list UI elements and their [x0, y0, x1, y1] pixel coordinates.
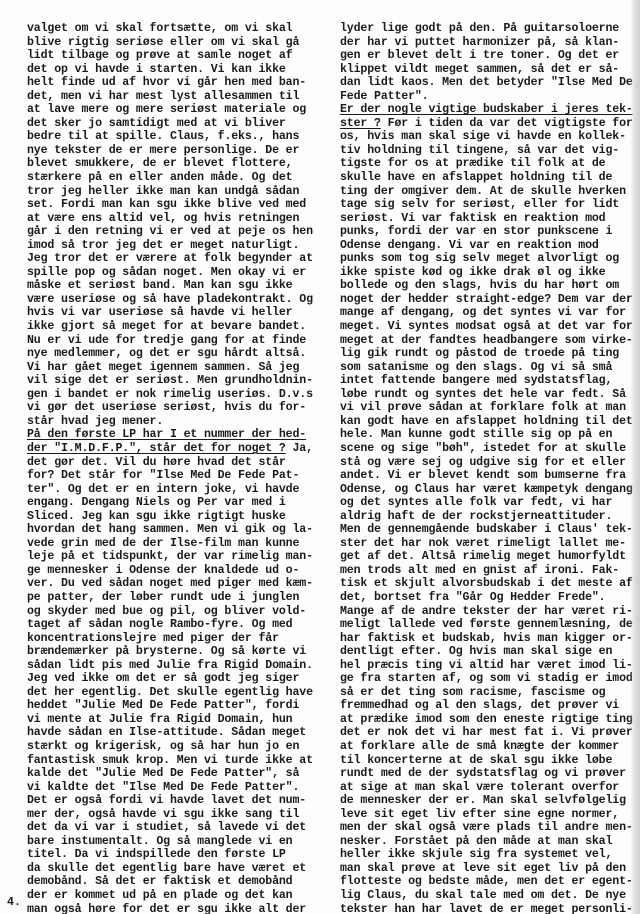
text-line: til koncerterne at de skal sgu ikke løbe [340, 754, 633, 768]
text-line: titel. Da vi indspillede den første LP [27, 848, 313, 862]
answer-text: seriøst. Vi var faktisk en reaktion mod [340, 212, 606, 225]
text-line: så er det ting som racisme, fascisme og [340, 686, 633, 700]
text-line: lig Claus, du skal tale med om det. De n… [340, 889, 633, 903]
answer-text: scene og sige "bøh", istedet for at skul… [340, 442, 626, 455]
text-line: get af det. Altså rimelig meget humorfyl… [340, 550, 633, 564]
answer-text: demobånd. Så det er faktisk et demobånd [27, 875, 293, 888]
answer-text: at forklare alle de små knægte der komme… [340, 740, 619, 753]
text-line: meget at der fandtes headbangere som vir… [340, 334, 633, 348]
text-line: fremmedhad og al den slags, det prøver v… [340, 699, 633, 713]
answer-text: det gør det. Vil du høre hvad det står [27, 456, 286, 469]
answer-text: kalde det "Julie Med De Fede Patter", så [27, 767, 299, 780]
answer-text: fremmedhad og al den slags, det prøver v… [340, 699, 619, 712]
answer-text: meget. Vi syntes modsat også at det var … [340, 320, 633, 333]
answer-text: mer der, også havde vi sgu ikke sang til [27, 808, 299, 821]
text-line: hvis vi var useriøse så havde vi heller [27, 306, 313, 320]
text-line: ge fra starten af, og som vi stadig er i… [340, 672, 633, 686]
text-column-right: lyder lige godt på den. På guitarsoloern… [340, 22, 633, 914]
answer-text: imod så tror jeg det er meget naturligt. [27, 239, 299, 252]
answer-text: går i den retning vi er ved at peje os h… [27, 225, 313, 238]
answer-text: men der skal også være plads til andre m… [340, 821, 633, 834]
answer-text: stå og være sej og udgive sig for et ell… [340, 456, 626, 469]
answer-text: tror jeg heller ikke man kan undgå sådan [27, 185, 299, 198]
text-line: ster det har nok været rimeligt lallet m… [340, 537, 633, 551]
answer-text: det her egentlig. Det skulle egentlig ha… [27, 686, 313, 699]
text-line: Odense dengang. Vi var en reaktion mod [340, 239, 633, 253]
text-line: rundt med de der sydstatsflag og vi prøv… [340, 767, 633, 781]
text-line: blevet smukkere, de er blevet flottere, [27, 157, 313, 171]
text-line: Jeg ved ikke om det er så godt jeg siger [27, 672, 313, 686]
text-line: dentligt efter. Og hvis man skal sige en [340, 645, 633, 659]
answer-text: hel præcis ting vi altid har været imod … [340, 659, 633, 672]
text-line: Det er også fordi vi havde lavet det num… [27, 794, 313, 808]
text-line: tisk et skjult alvorsbudskab i det meste… [340, 577, 633, 591]
text-line: løbe rundt og syntes det hele var fedt. … [340, 388, 633, 402]
answer-text: valget om vi skal fortsætte, om vi skal [27, 22, 293, 35]
answer-text: der er kommet ud på en plade og det kan [27, 889, 293, 902]
answer-text: Før i tiden da var det vigtigste for [381, 117, 633, 130]
text-line: leve sit eget liv efter sine egne normer… [340, 808, 633, 822]
text-line: Mange af de andre tekster der har været … [340, 605, 633, 619]
answer-text: skulle have en afslappet holdning til de [340, 171, 612, 184]
answer-text: kan godt have en afslappet holdning til … [340, 415, 633, 428]
text-line: ter". Og det er en intern joke, vi havde [27, 483, 313, 497]
answer-text: hvordan det hang sammen. Men vi gik og l… [27, 523, 313, 536]
text-line: har faktisk et budskab, hvis man kigger … [340, 632, 633, 646]
text-line: vede grin med de der Ilse-film man kunne [27, 537, 313, 551]
answer-text: klippet vildt meget sammen, så det er så… [340, 63, 619, 76]
answer-text: engang. Dengang Niels og Per var med i [27, 496, 286, 509]
answer-text: Vi har gået meget igennem sammen. Så jeg [27, 361, 299, 374]
answer-text: det da vi var i studiet, så lavede vi de… [27, 821, 306, 834]
answer-text: ge mennesker i Odense der knaldede ud o- [27, 564, 299, 577]
text-line: de mennesker der er. Man skal selvfølgel… [340, 794, 633, 808]
text-line: man skal prøve at leve sit eget liv på d… [340, 862, 633, 876]
text-line: noget der hedder straight-edge? Dem var … [340, 293, 633, 307]
document-page: valget om vi skal fortsætte, om vi skalb… [0, 0, 640, 914]
answer-text: helt finde ud af hvor vi går hen med ban… [27, 76, 306, 89]
scan-edge-shadow [630, 0, 640, 914]
text-line: men trods alt med en gnist af ironi. Fak… [340, 564, 633, 578]
text-line: at lave mere og mere seriøst materiale o… [27, 103, 313, 117]
text-line: Nu er vi ude for tredje gang for at find… [27, 334, 313, 348]
text-line: stærkt og krigerisk, og så har hun jo en [27, 740, 313, 754]
answer-text: Ja, [286, 442, 313, 455]
answer-text: leve sit eget liv efter sine egne normer… [340, 808, 619, 821]
text-line: aldrig haft de der rockstjerneattituder. [340, 510, 633, 524]
answer-text: at lave mere og mere seriøst materiale o… [27, 103, 306, 116]
text-line: heddet "Julie Med De Fede Patter", fordi [27, 699, 313, 713]
answer-text: hele. Man kunne godt stille sig op på en [340, 428, 612, 441]
answer-text: Fede Patter". [340, 90, 429, 103]
answer-text: ver. Du ved sådan noget med piger med kæ… [27, 577, 313, 590]
text-line: stærkere på en eller anden måde. Og det [27, 171, 313, 185]
answer-text: spille pop og sådan noget. Men okay vi e… [27, 266, 306, 279]
text-line: da skulle det egentlig bare have været e… [27, 862, 313, 876]
text-line: ikke spiste kød og ikke drak øl og ikke [340, 266, 633, 280]
text-line: set. Fordi man kan sgu ikke blive ved me… [27, 198, 313, 212]
text-line: taget af sådan nogle Rambo-fyre. Og med [27, 618, 313, 632]
answer-text: Odense, og Claus har været kæmpetyk deng… [340, 483, 633, 496]
text-line: måske et seriøst band. Man kan sgu ikke [27, 279, 313, 293]
text-line: står hvad jeg mener. [27, 415, 313, 429]
answer-text: bare instumentalt. Og så manglede vi en [27, 835, 293, 848]
text-line: bedre til at spille. Claus, f.eks., hans [27, 130, 313, 144]
text-line: at være ens altid vel, og hvis retningen [27, 212, 313, 226]
text-line: Sliced. Jeg kan sgu ikke rigtigt huske [27, 510, 313, 524]
answer-text: for? Det står for "Ilse Med De Fede Pat- [27, 469, 299, 482]
text-line: at prædike imod som den eneste rigtige t… [340, 713, 633, 727]
interview-question-text: Er der nogle vigtige budskaber i jeres t… [340, 103, 633, 116]
answer-text: Men de gennemgående budskaber i Claus' t… [340, 523, 633, 536]
text-line: at forklare alle de små knægte der komme… [340, 740, 633, 754]
text-line: brændemærker på brysterne. Og så kørte v… [27, 645, 313, 659]
answer-text: ge fra starten af, og som vi stadig er i… [340, 672, 633, 685]
text-line: men der skal også være plads til andre m… [340, 821, 633, 835]
text-line: demobånd. Så det er faktisk et demobånd [27, 875, 313, 889]
text-line: Fede Patter". [340, 90, 633, 104]
text-line: ver. Du ved sådan noget med piger med kæ… [27, 577, 313, 591]
text-line: går i den retning vi er ved at peje os h… [27, 225, 313, 239]
answer-text: ster det har nok været rimeligt lallet m… [340, 537, 626, 550]
answer-text: ting der omgiver dem. At de skulle hverk… [340, 185, 626, 198]
text-line: spille pop og sådan noget. Men okay vi e… [27, 266, 313, 280]
question-line: ster ? Før i tiden da var det vigtigste … [340, 117, 633, 131]
answer-text: ter". Og det er en intern joke, vi havde [27, 483, 299, 496]
text-line: tekster han har lavet de er meget person… [340, 903, 633, 914]
interview-question-text: På den første LP har I et nummer der hed… [27, 428, 306, 441]
text-line: og det syntes alle folk var fedt, vi har [340, 496, 633, 510]
text-line: lyder lige godt på den. På guitarsoloern… [340, 22, 633, 36]
answer-text: noget der hedder straight-edge? Dem var … [340, 293, 633, 306]
answer-text: det op vi havde i starten. Vi kan ikke [27, 63, 286, 76]
answer-text: står hvad jeg mener. [27, 415, 163, 428]
answer-text: tekster han har lavet de er meget person… [340, 903, 633, 914]
answer-text: vi gør det useriøse seriøst, hvis du for… [27, 401, 306, 414]
answer-text: Jeg tror det er værere at folk begynder … [27, 252, 313, 265]
answer-text: flotteste og bedste måde, men det er ege… [340, 875, 633, 888]
text-line: andet. Vi er blevet kendt som bumserne f… [340, 469, 633, 483]
answer-text: og skyder med bue og pil, og bliver vold… [27, 605, 306, 618]
text-line: nesker. Forstået på den måde at man skal [340, 835, 633, 849]
answer-text: bedre til at spille. Claus, f.eks., hans [27, 130, 299, 143]
text-line: flotteste og bedste måde, men det er ege… [340, 875, 633, 889]
text-line: dan lidt kaos. Men det betyder "Ilse Med… [340, 76, 633, 90]
answer-text: lig Claus, du skal tale med om det. De n… [340, 889, 626, 902]
answer-text: koncentrationslejre med piger der får [27, 632, 279, 645]
text-line: intet fattende bangere med sydstatsflag, [340, 374, 633, 388]
answer-text: at være ens altid vel, og hvis retningen [27, 212, 299, 225]
answer-text: Nu er vi ude for tredje gang for at find… [27, 334, 306, 347]
text-line: vi gør det useriøse seriøst, hvis du for… [27, 401, 313, 415]
answer-text: der har vi puttet harmonizer på, så klan… [340, 36, 619, 49]
text-line: det op vi havde i starten. Vi kan ikke [27, 63, 313, 77]
answer-text: lidt tilbage og prøve at samle noget af [27, 49, 293, 62]
answer-text: vi kaldte det "Ilse Med De Fede Patter". [27, 781, 299, 794]
answer-text: måske et seriøst band. Man kan sgu ikke [27, 279, 293, 292]
answer-text: set. Fordi man kan sgu ikke blive ved me… [27, 198, 306, 211]
interview-question-text: ster ? [340, 117, 381, 130]
text-line: imod så tror jeg det er meget naturligt. [27, 239, 313, 253]
answer-text: titel. Da vi indspillede den første LP [27, 848, 286, 861]
text-line: det, men vi har mest lyst allesammen til [27, 90, 313, 104]
answer-text: lyder lige godt på den. På guitarsoloern… [340, 22, 619, 35]
answer-text: tisk et skjult alvorsbudskab i det meste… [340, 577, 633, 590]
answer-text: taget af sådan nogle Rambo-fyre. Og med [27, 618, 293, 631]
interview-question-text: der "I.M.D.F.P.", står det for noget ? [27, 442, 286, 455]
answer-text: Det er også fordi vi havde lavet det num… [27, 794, 306, 807]
text-line: sådan lidt pis med Julie fra Rigid Domai… [27, 659, 313, 673]
text-line: Odense, og Claus har været kæmpetyk deng… [340, 483, 633, 497]
text-line: klippet vildt meget sammen, så det er så… [340, 63, 633, 77]
text-line: kan godt have en afslappet holdning til … [340, 415, 633, 429]
answer-text: pe patter, der løber rundt ude i junglen [27, 591, 299, 604]
text-line: det gør det. Vil du høre hvad det står [27, 456, 313, 470]
text-line: hele. Man kunne godt stille sig op på en [340, 428, 633, 442]
answer-text: Sliced. Jeg kan sgu ikke rigtigt huske [27, 510, 286, 523]
answer-text: man også høre for det er sgu ikke alt de… [27, 903, 306, 914]
answer-text: til koncerterne at de skal sgu ikke løbe [340, 754, 612, 767]
text-line: havde sådan en Ilse-attitude. Sådan mege… [27, 726, 313, 740]
answer-text: andet. Vi er blevet kendt som bumserne f… [340, 469, 626, 482]
text-line: som satanisme og den slags. Og vi så små [340, 361, 633, 375]
text-line: tror jeg heller ikke man kan undgå sådan [27, 185, 313, 199]
answer-text: leje på et tidspunkt, der var rimelig ma… [27, 550, 313, 563]
text-line: det, bortset fra "Går Og Hedder Frede". [340, 591, 633, 605]
answer-text: brændemærker på brysterne. Og så kørte v… [27, 645, 306, 658]
answer-text: tage sig selv for seriøst, eller for lid… [340, 198, 619, 211]
text-line: meligt lallede ved første gennemlæsning,… [340, 618, 633, 632]
answer-text: vi vil prøve sådan at forklare folk at m… [340, 401, 626, 414]
text-line: det da vi var i studiet, så lavede vi de… [27, 821, 313, 835]
answer-text: Jeg ved ikke om det er så godt jeg siger [27, 672, 299, 685]
text-line: mer der, også havde vi sgu ikke sang til [27, 808, 313, 822]
text-line: det sker jo samtidigt med at vi bliver [27, 117, 313, 131]
text-line: det er nok det vi har mest fat i. Vi prø… [340, 726, 633, 740]
text-line: skulle have en afslappet holdning til de [340, 171, 633, 185]
text-line: punks, fordi der var en stor punkscene i [340, 225, 633, 239]
text-line: nye tekster de er mere personlige. De er [27, 144, 313, 158]
answer-text: ikke gjort så meget for at bevare bandet… [27, 320, 306, 333]
answer-text: ikke spiste kød og ikke drak øl og ikke [340, 266, 606, 279]
answer-text: intet fattende bangere med sydstatsflag, [340, 374, 612, 387]
question-line: På den første LP har I et nummer der hed… [27, 428, 313, 442]
text-line: lig gik rundt og påstod de troede på tin… [340, 347, 633, 361]
text-line: koncentrationslejre med piger der får [27, 632, 313, 646]
text-line: ge mennesker i Odense der knaldede ud o- [27, 564, 313, 578]
text-line: gen i bandet er nok rimelig useriøs. D.v… [27, 388, 313, 402]
answer-text: det er nok det vi har mest fat i. Vi prø… [340, 726, 633, 739]
answer-text: fantastisk smuk krop. Men vi turde ikke … [27, 754, 313, 767]
answer-text: og det syntes alle folk var fedt, vi har [340, 496, 612, 509]
text-line: der er kommet ud på en plade og det kan [27, 889, 313, 903]
text-line: nye medlemmer, og det er sgu hårdt altså… [27, 347, 313, 361]
answer-text: blevet smukkere, de er blevet flottere, [27, 157, 293, 170]
answer-text: så er det ting som racisme, fascisme og [340, 686, 606, 699]
answer-text: stærkere på en eller anden måde. Og det [27, 171, 293, 184]
text-line: Vi har gået meget igennem sammen. Så jeg [27, 361, 313, 375]
text-line: hvordan det hang sammen. Men vi gik og l… [27, 523, 313, 537]
text-line: mange af dengang, og det syntes vi var f… [340, 306, 633, 320]
text-line: kalde det "Julie Med De Fede Patter", så [27, 767, 313, 781]
answer-text: da skulle det egentlig bare have været e… [27, 862, 306, 875]
text-line: punks som tog sig selv meget alvorligt o… [340, 252, 633, 266]
answer-text: punks som tog sig selv meget alvorligt o… [340, 252, 619, 265]
text-line: helt finde ud af hvor vi går hen med ban… [27, 76, 313, 90]
text-line: vi mente at Julie fra Rigid Domain, hun [27, 713, 313, 727]
text-line: tage sig selv for seriøst, eller for lid… [340, 198, 633, 212]
text-line: fantastisk smuk krop. Men vi turde ikke … [27, 754, 313, 768]
text-line: seriøst. Vi var faktisk en reaktion mod [340, 212, 633, 226]
answer-text: de mennesker der er. Man skal selvfølgel… [340, 794, 626, 807]
text-line: vi vil prøve sådan at forklare folk at m… [340, 401, 633, 415]
answer-text: blive rigtig seriøse eller om vi skal gå [27, 36, 299, 49]
text-line: og skyder med bue og pil, og bliver vold… [27, 605, 313, 619]
page-number: 4. [7, 896, 21, 909]
answer-text: gen er blevet delt i tre toner. Og det e… [340, 49, 619, 62]
answer-text: vil sige det er seriøst. Men grundholdni… [27, 374, 313, 387]
text-line: Men de gennemgående budskaber i Claus' t… [340, 523, 633, 537]
answer-text: punks, fordi der var en stor punkscene i [340, 225, 612, 238]
text-line: være useriøse og så have pladekontrakt. … [27, 293, 313, 307]
text-line: tiv holdning til tingene, så var det vig… [340, 144, 633, 158]
question-line: der "I.M.D.F.P.", står det for noget ? J… [27, 442, 313, 456]
answer-text: Odense dengang. Vi var en reaktion mod [340, 239, 599, 252]
answer-text: Mange af de andre tekster der har været … [340, 605, 633, 618]
text-line: vi kaldte det "Ilse Med De Fede Patter". [27, 781, 313, 795]
text-line: heller ikke skjule sig fra systemet vel, [340, 848, 633, 862]
text-line: leje på et tidspunkt, der var rimelig ma… [27, 550, 313, 564]
answer-text: løbe rundt og syntes det hele var fedt. … [340, 388, 626, 401]
text-line: blive rigtig seriøse eller om vi skal gå [27, 36, 313, 50]
text-line: stå og være sej og udgive sig for et ell… [340, 456, 633, 470]
answer-text: rundt med de der sydstatsflag og vi prøv… [340, 767, 626, 780]
answer-text: havde sådan en Ilse-attitude. Sådan mege… [27, 726, 306, 739]
answer-text: os, hvis man skal sige vi havde en kolle… [340, 130, 626, 143]
text-line: valget om vi skal fortsætte, om vi skal [27, 22, 313, 36]
answer-text: meligt lallede ved første gennemlæsning,… [340, 618, 633, 631]
text-line: engang. Dengang Niels og Per var med i [27, 496, 313, 510]
answer-text: lig gik rundt og påstod de troede på tin… [340, 347, 619, 360]
text-line: bare instumentalt. Og så manglede vi en [27, 835, 313, 849]
text-column-left: valget om vi skal fortsætte, om vi skalb… [27, 22, 313, 914]
answer-text: heller ikke skjule sig fra systemet vel, [340, 848, 612, 861]
answer-text: heddet "Julie Med De Fede Patter", fordi [27, 699, 299, 712]
text-line: for? Det står for "Ilse Med De Fede Pat- [27, 469, 313, 483]
answer-text: vi mente at Julie fra Rigid Domain, hun [27, 713, 293, 726]
text-line: at sige at man skal være tolerant overfo… [340, 781, 633, 795]
answer-text: hvis vi var useriøse så havde vi heller [27, 306, 293, 319]
answer-text: men trods alt med en gnist af ironi. Fak… [340, 564, 619, 577]
text-line: man også høre for det er sgu ikke alt de… [27, 903, 313, 914]
text-line: pe patter, der løber rundt ude i junglen [27, 591, 313, 605]
question-line: Er der nogle vigtige budskaber i jeres t… [340, 103, 633, 117]
answer-text: bollede og den slags, hvis du har hørt o… [340, 279, 619, 292]
text-line: der har vi puttet harmonizer på, så klan… [340, 36, 633, 50]
answer-text: vede grin med de der Ilse-film man kunne [27, 537, 299, 550]
answer-text: nye tekster de er mere personlige. De er [27, 144, 299, 157]
text-line: bollede og den slags, hvis du har hørt o… [340, 279, 633, 293]
text-line: tigste for os at prædike til folk at de [340, 157, 633, 171]
answer-text: at prædike imod som den eneste rigtige t… [340, 713, 633, 726]
answer-text: det sker jo samtidigt med at vi bliver [27, 117, 286, 130]
answer-text: være useriøse og så have pladekontrakt. … [27, 293, 313, 306]
answer-text: det, bortset fra "Går Og Hedder Frede". [340, 591, 606, 604]
text-line: vil sige det er seriøst. Men grundholdni… [27, 374, 313, 388]
answer-text: dan lidt kaos. Men det betyder "Ilse Med… [340, 76, 633, 89]
text-line: lidt tilbage og prøve at samle noget af [27, 49, 313, 63]
answer-text: det, men vi har mest lyst allesammen til [27, 90, 299, 103]
answer-text: at sige at man skal være tolerant overfo… [340, 781, 619, 794]
answer-text: meget at der fandtes headbangere som vir… [340, 334, 633, 347]
answer-text: stærkt og krigerisk, og så har hun jo en [27, 740, 299, 753]
answer-text: gen i bandet er nok rimelig useriøs. D.v… [27, 388, 313, 401]
answer-text: get af det. Altså rimelig meget humorfyl… [340, 550, 626, 563]
answer-text: aldrig haft de der rockstjerneattituder. [340, 510, 612, 523]
answer-text: har faktisk et budskab, hvis man kigger … [340, 632, 633, 645]
answer-text: mange af dengang, og det syntes vi var f… [340, 306, 626, 319]
text-line: hel præcis ting vi altid har været imod … [340, 659, 633, 673]
text-line: det her egentlig. Det skulle egentlig ha… [27, 686, 313, 700]
answer-text: tiv holdning til tingene, så var det vig… [340, 144, 619, 157]
text-line: os, hvis man skal sige vi havde en kolle… [340, 130, 633, 144]
text-line: meget. Vi syntes modsat også at det var … [340, 320, 633, 334]
text-line: gen er blevet delt i tre toner. Og det e… [340, 49, 633, 63]
text-line: scene og sige "bøh", istedet for at skul… [340, 442, 633, 456]
text-line: ting der omgiver dem. At de skulle hverk… [340, 185, 633, 199]
answer-text: sådan lidt pis med Julie fra Rigid Domai… [27, 659, 313, 672]
text-line: Jeg tror det er værere at folk begynder … [27, 252, 313, 266]
text-line: ikke gjort så meget for at bevare bandet… [27, 320, 313, 334]
answer-text: som satanisme og den slags. Og vi så små [340, 361, 612, 374]
answer-text: nesker. Forstået på den måde at man skal [340, 835, 612, 848]
answer-text: nye medlemmer, og det er sgu hårdt altså… [27, 347, 306, 360]
answer-text: man skal prøve at leve sit eget liv på d… [340, 862, 626, 875]
answer-text: tigste for os at prædike til folk at de [340, 157, 606, 170]
answer-text: dentligt efter. Og hvis man skal sige en [340, 645, 612, 658]
